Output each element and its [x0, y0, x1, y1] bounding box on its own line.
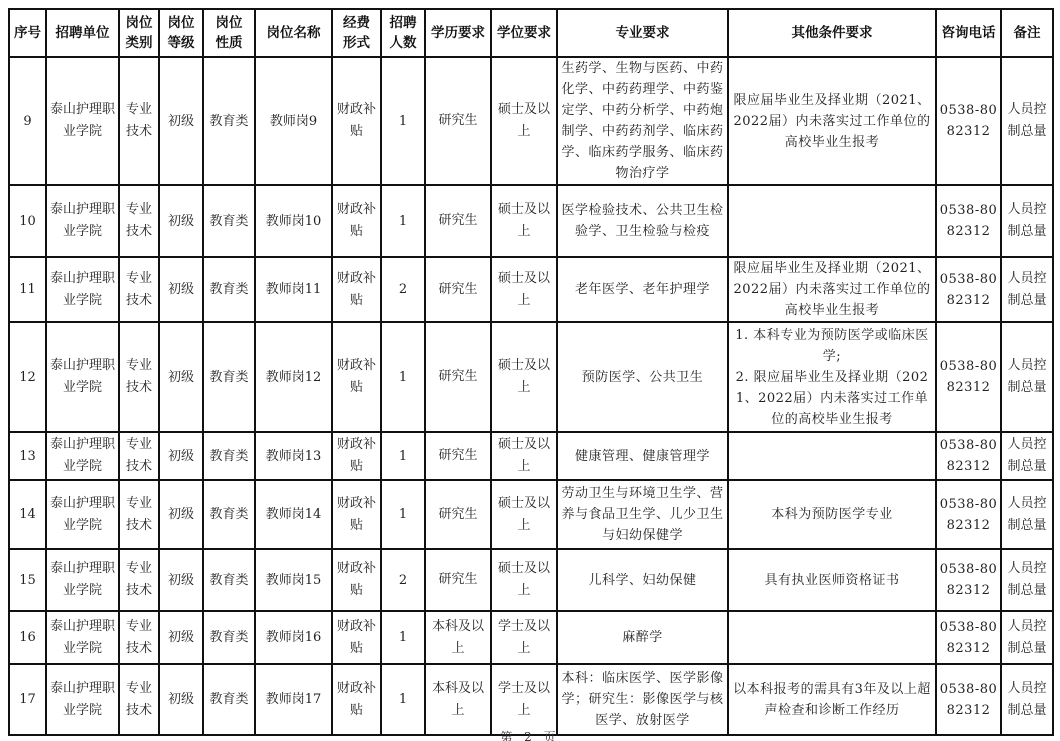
- cell-education: 研究生: [425, 322, 491, 432]
- header-education: 学历要求: [425, 9, 491, 57]
- cell-phone: 0538-8082312: [936, 480, 1001, 549]
- cell-level: 初级: [159, 322, 203, 432]
- cell-unit: 泰山护理职业学院: [46, 257, 119, 322]
- cell-level: 初级: [159, 664, 203, 735]
- cell-count: 1: [381, 185, 425, 257]
- cell-other: 以本科报考的需具有3年及以上超声检查和诊断工作经历: [728, 664, 936, 735]
- cell-note: 人员控制总量: [1001, 185, 1053, 257]
- cell-nature: 教育类: [203, 57, 255, 185]
- header-no: 序号: [9, 9, 46, 57]
- table-row: 13泰山护理职业学院专业技术初级教育类教师岗13财政补贴1研究生硕士及以上健康管…: [9, 432, 1053, 480]
- cell-degree: 硕士及以上: [491, 480, 557, 549]
- cell-major: 儿科学、妇幼保健: [557, 549, 728, 611]
- cell-note: 人员控制总量: [1001, 611, 1053, 664]
- cell-note: 人员控制总量: [1001, 664, 1053, 735]
- cell-degree: 硕士及以上: [491, 322, 557, 432]
- cell-note: 人员控制总量: [1001, 322, 1053, 432]
- cell-no: 9: [9, 57, 46, 185]
- cell-nature: 教育类: [203, 432, 255, 480]
- cell-nature: 教育类: [203, 185, 255, 257]
- cell-major: 本科：临床医学、医学影像学；研究生：影像医学与核医学、放射医学: [557, 664, 728, 735]
- cell-position-name: 教师岗16: [255, 611, 332, 664]
- cell-major: 劳动卫生与环境卫生学、营养与食品卫生学、儿少卫生与妇幼保健学: [557, 480, 728, 549]
- cell-no: 12: [9, 322, 46, 432]
- cell-major: 老年医学、老年护理学: [557, 257, 728, 322]
- cell-count: 1: [381, 480, 425, 549]
- cell-unit: 泰山护理职业学院: [46, 611, 119, 664]
- cell-note: 人员控制总量: [1001, 432, 1053, 480]
- cell-other: 具有执业医师资格证书: [728, 549, 936, 611]
- cell-unit: 泰山护理职业学院: [46, 322, 119, 432]
- cell-major: 医学检验技术、公共卫生检验学、卫生检验与检疫: [557, 185, 728, 257]
- cell-no: 14: [9, 480, 46, 549]
- table-row: 17泰山护理职业学院专业技术初级教育类教师岗17财政补贴1本科及以上学士及以上本…: [9, 664, 1053, 735]
- header-phone: 咨询电话: [936, 9, 1001, 57]
- header-major: 专业要求: [557, 9, 728, 57]
- cell-level: 初级: [159, 549, 203, 611]
- cell-major: 预防医学、公共卫生: [557, 322, 728, 432]
- header-row: 序号 招聘单位 岗位 类别 岗位 等级 岗位 性质 岗位名称 经费 形式 招聘 …: [9, 9, 1053, 57]
- cell-unit: 泰山护理职业学院: [46, 664, 119, 735]
- header-unit: 招聘单位: [46, 9, 119, 57]
- cell-funding: 财政补贴: [332, 664, 381, 735]
- cell-unit: 泰山护理职业学院: [46, 57, 119, 185]
- cell-level: 初级: [159, 480, 203, 549]
- cell-funding: 财政补贴: [332, 185, 381, 257]
- cell-major: 麻醉学: [557, 611, 728, 664]
- header-level: 岗位 等级: [159, 9, 203, 57]
- header-category: 岗位 类别: [119, 9, 159, 57]
- cell-education: 研究生: [425, 549, 491, 611]
- header-position-name: 岗位名称: [255, 9, 332, 57]
- cell-phone: 0538-8082312: [936, 611, 1001, 664]
- cell-funding: 财政补贴: [332, 322, 381, 432]
- cell-degree: 硕士及以上: [491, 549, 557, 611]
- cell-phone: 0538-8082312: [936, 257, 1001, 322]
- cell-count: 1: [381, 664, 425, 735]
- cell-category: 专业技术: [119, 185, 159, 257]
- cell-position-name: 教师岗15: [255, 549, 332, 611]
- cell-nature: 教育类: [203, 611, 255, 664]
- cell-category: 专业技术: [119, 549, 159, 611]
- cell-position-name: 教师岗11: [255, 257, 332, 322]
- cell-education: 研究生: [425, 257, 491, 322]
- cell-count: 1: [381, 611, 425, 664]
- header-funding: 经费 形式: [332, 9, 381, 57]
- other-condition-line: 1. 本科专业为预防医学或临床医学;: [731, 325, 933, 367]
- cell-nature: 教育类: [203, 257, 255, 322]
- page-number: 第 2 页: [0, 728, 1060, 741]
- header-count: 招聘 人数: [381, 9, 425, 57]
- cell-degree: 硕士及以上: [491, 432, 557, 480]
- cell-note: 人员控制总量: [1001, 480, 1053, 549]
- cell-note: 人员控制总量: [1001, 257, 1053, 322]
- cell-other: [728, 611, 936, 664]
- cell-nature: 教育类: [203, 664, 255, 735]
- cell-degree: 学士及以上: [491, 664, 557, 735]
- cell-phone: 0538-8082312: [936, 664, 1001, 735]
- cell-unit: 泰山护理职业学院: [46, 549, 119, 611]
- cell-other: 本科为预防医学专业: [728, 480, 936, 549]
- cell-category: 专业技术: [119, 664, 159, 735]
- cell-funding: 财政补贴: [332, 480, 381, 549]
- cell-no: 16: [9, 611, 46, 664]
- cell-count: 1: [381, 432, 425, 480]
- cell-nature: 教育类: [203, 480, 255, 549]
- cell-funding: 财政补贴: [332, 611, 381, 664]
- cell-position-name: 教师岗12: [255, 322, 332, 432]
- cell-level: 初级: [159, 57, 203, 185]
- cell-nature: 教育类: [203, 322, 255, 432]
- cell-level: 初级: [159, 611, 203, 664]
- cell-level: 初级: [159, 185, 203, 257]
- table-row: 14泰山护理职业学院专业技术初级教育类教师岗14财政补贴1研究生硕士及以上劳动卫…: [9, 480, 1053, 549]
- cell-position-name: 教师岗14: [255, 480, 332, 549]
- cell-category: 专业技术: [119, 322, 159, 432]
- cell-category: 专业技术: [119, 57, 159, 185]
- cell-other: [728, 432, 936, 480]
- header-degree: 学位要求: [491, 9, 557, 57]
- cell-count: 2: [381, 549, 425, 611]
- cell-position-name: 教师岗17: [255, 664, 332, 735]
- cell-education: 研究生: [425, 432, 491, 480]
- cell-other: 限应届毕业生及择业期（2021、2022届）内未落实过工作单位的高校毕业生报考: [728, 257, 936, 322]
- cell-category: 专业技术: [119, 611, 159, 664]
- cell-other: 限应届毕业生及择业期（2021、2022届）内未落实过工作单位的高校毕业生报考: [728, 57, 936, 185]
- cell-category: 专业技术: [119, 432, 159, 480]
- cell-no: 10: [9, 185, 46, 257]
- cell-education: 研究生: [425, 57, 491, 185]
- table-row: 11泰山护理职业学院专业技术初级教育类教师岗11财政补贴2研究生硕士及以上老年医…: [9, 257, 1053, 322]
- header-other: 其他条件要求: [728, 9, 936, 57]
- cell-count: 2: [381, 257, 425, 322]
- cell-degree: 硕士及以上: [491, 257, 557, 322]
- cell-funding: 财政补贴: [332, 432, 381, 480]
- cell-phone: 0538-8082312: [936, 432, 1001, 480]
- cell-education: 研究生: [425, 480, 491, 549]
- cell-no: 11: [9, 257, 46, 322]
- cell-position-name: 教师岗9: [255, 57, 332, 185]
- cell-major: 健康管理、健康管理学: [557, 432, 728, 480]
- cell-position-name: 教师岗10: [255, 185, 332, 257]
- cell-no: 13: [9, 432, 46, 480]
- cell-category: 专业技术: [119, 257, 159, 322]
- table-row: 12泰山护理职业学院专业技术初级教育类教师岗12财政补贴1研究生硕士及以上预防医…: [9, 322, 1053, 432]
- table-row: 10泰山护理职业学院专业技术初级教育类教师岗10财政补贴1研究生硕士及以上医学检…: [9, 185, 1053, 257]
- cell-unit: 泰山护理职业学院: [46, 480, 119, 549]
- cell-count: 1: [381, 57, 425, 185]
- cell-position-name: 教师岗13: [255, 432, 332, 480]
- cell-education: 研究生: [425, 185, 491, 257]
- cell-note: 人员控制总量: [1001, 549, 1053, 611]
- cell-no: 17: [9, 664, 46, 735]
- header-note: 备注: [1001, 9, 1053, 57]
- cell-education: 本科及以上: [425, 664, 491, 735]
- cell-level: 初级: [159, 432, 203, 480]
- header-nature: 岗位 性质: [203, 9, 255, 57]
- cell-no: 15: [9, 549, 46, 611]
- other-condition-line: 2. 限应届毕业生及择业期（2021、2022届）内未落实过工作单位的高校毕业生…: [731, 367, 933, 430]
- cell-other: [728, 185, 936, 257]
- cell-degree: 学士及以上: [491, 611, 557, 664]
- cell-funding: 财政补贴: [332, 549, 381, 611]
- table-row: 16泰山护理职业学院专业技术初级教育类教师岗16财政补贴1本科及以上学士及以上麻…: [9, 611, 1053, 664]
- cell-phone: 0538-8082312: [936, 322, 1001, 432]
- cell-other: 1. 本科专业为预防医学或临床医学;2. 限应届毕业生及择业期（2021、202…: [728, 322, 936, 432]
- cell-unit: 泰山护理职业学院: [46, 432, 119, 480]
- cell-funding: 财政补贴: [332, 257, 381, 322]
- cell-unit: 泰山护理职业学院: [46, 185, 119, 257]
- cell-phone: 0538-8082312: [936, 57, 1001, 185]
- cell-nature: 教育类: [203, 549, 255, 611]
- cell-major: 生药学、生物与医药、中药化学、中药药理学、中药鉴定学、中药分析学、中药炮制学、中…: [557, 57, 728, 185]
- cell-phone: 0538-8082312: [936, 549, 1001, 611]
- cell-education: 本科及以上: [425, 611, 491, 664]
- table-row: 9泰山护理职业学院专业技术初级教育类教师岗9财政补贴1研究生硕士及以上生药学、生…: [9, 57, 1053, 185]
- cell-funding: 财政补贴: [332, 57, 381, 185]
- cell-level: 初级: [159, 257, 203, 322]
- cell-degree: 硕士及以上: [491, 57, 557, 185]
- cell-degree: 硕士及以上: [491, 185, 557, 257]
- table-row: 15泰山护理职业学院专业技术初级教育类教师岗15财政补贴2研究生硕士及以上儿科学…: [9, 549, 1053, 611]
- cell-note: 人员控制总量: [1001, 57, 1053, 185]
- cell-count: 1: [381, 322, 425, 432]
- recruitment-table: 序号 招聘单位 岗位 类别 岗位 等级 岗位 性质 岗位名称 经费 形式 招聘 …: [8, 8, 1054, 736]
- cell-phone: 0538-8082312: [936, 185, 1001, 257]
- cell-category: 专业技术: [119, 480, 159, 549]
